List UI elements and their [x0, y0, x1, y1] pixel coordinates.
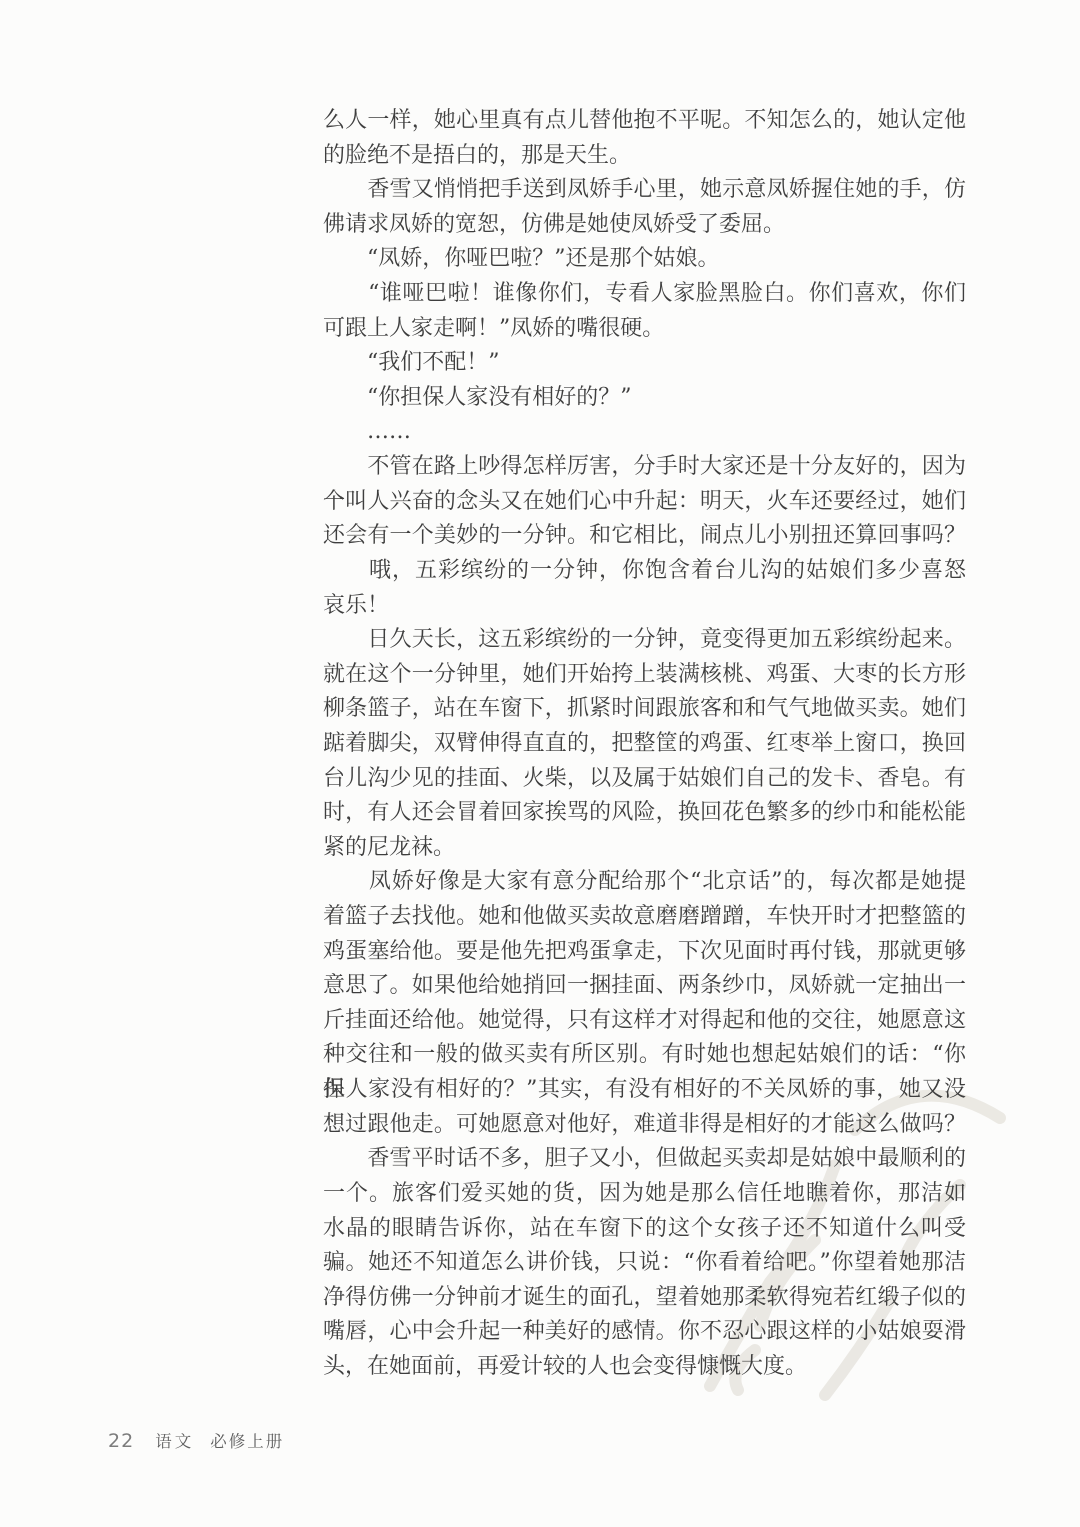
text-line: 意思了。如果他给她捎回一捆挂面、两条纱巾，凤娇就一定抽出一: [323, 969, 966, 1004]
text-line: 踮着脚尖，双臂伸得直直的，把整筐的鸡蛋、红枣举上窗口，换回: [323, 727, 966, 762]
text-line: 水晶的眼睛告诉你，站在车窗下的这个女孩子还不知道什么叫受: [323, 1212, 966, 1247]
text-line: 哀乐！: [323, 589, 966, 624]
text-line: 佛请求凤娇的宽恕，仿佛是她使凤娇受了委屈。: [323, 208, 966, 243]
text-line: 骗。她还不知道怎么讲价钱，只说：“你看着给吧。”你望着她那洁: [323, 1246, 966, 1281]
text-line: 台儿沟少见的挂面、火柴，以及属于姑娘们自己的发卡、香皂。有: [323, 762, 966, 797]
text-line: 个叫人兴奋的念头又在她们心中升起：明天，火车还要经过，她们: [323, 485, 966, 520]
text-line: 不管在路上吵得怎样厉害，分手时大家还是十分友好的，因为一: [323, 450, 966, 485]
text-line: 香雪平时话不多，胆子又小，但做起买卖却是姑娘中最顺利的: [323, 1142, 966, 1177]
text-line: 可跟上人家走啊！”凤娇的嘴很硬。: [323, 312, 966, 347]
text-line: 么人一样，她心里真有点儿替他抱不平呢。不知怎么的，她认定他: [323, 104, 966, 139]
footer: 22 语文 必修上册: [108, 1428, 284, 1452]
text-line: 头，在她面前，再爱计较的人也会变得慷慨大度。: [323, 1350, 966, 1385]
text-line: 想过跟他走。可她愿意对他好，难道非得是相好的才能这么做吗？: [323, 1108, 966, 1143]
text-line: 时，有人还会冒着回家挨骂的风险，换回花色繁多的纱巾和能松能: [323, 796, 966, 831]
text-line: 哦，五彩缤纷的一分钟，你饱含着台儿沟的姑娘们多少喜怒: [323, 554, 966, 589]
text-line: 鸡蛋塞给他。要是他先把鸡蛋拿走，下次见面时再付钱，那就更够: [323, 935, 966, 970]
text-line: 香雪又悄悄把手送到凤娇手心里，她示意凤娇握住她的手，仿: [323, 173, 966, 208]
footer-subject: 语文: [155, 1428, 194, 1452]
text-line: 嘴唇，心中会升起一种美好的感情。你不忍心跟这样的小姑娘耍滑: [323, 1315, 966, 1350]
text-line: 斤挂面还给他。她觉得，只有这样才对得起和他的交往，她愿意这: [323, 1004, 966, 1039]
text-line: 净得仿佛一分钟前才诞生的面孔，望着她那柔软得宛若红缎子似的: [323, 1281, 966, 1316]
text-line: “你担保人家没有相好的？”: [323, 381, 966, 416]
text-line: 一个。旅客们爱买她的货，因为她是那么信任地瞧着你，那洁如: [323, 1177, 966, 1212]
text-line: 柳条篮子，站在车窗下，抓紧时间跟旅客和和气气地做买卖。她们: [323, 692, 966, 727]
text-line: 日久天长，这五彩缤纷的一分钟，竟变得更加五彩缤纷起来。: [323, 623, 966, 658]
text-line: 的脸绝不是捂白的，那是天生。: [323, 139, 966, 174]
page-number: 22: [108, 1430, 134, 1452]
text-line: 种交往和一般的做买卖有所区别。有时她也想起姑娘们的话：“你担: [323, 1038, 966, 1073]
text-line: 着篮子去找他。她和他做买卖故意磨磨蹭蹭，车快开时才把整篮的: [323, 900, 966, 935]
text-line: 保人家没有相好的？”其实，有没有相好的不关凤娇的事，她又没: [323, 1073, 966, 1108]
text-line: 紧的尼龙袜。: [323, 831, 966, 866]
text-line: ……: [323, 415, 966, 450]
footer-volume: 必修上册: [210, 1428, 284, 1452]
text-line: “谁哑巴啦！谁像你们，专看人家脸黑脸白。你们喜欢，你们: [323, 277, 966, 312]
text-line: “凤娇，你哑巴啦？”还是那个姑娘。: [323, 242, 966, 277]
text-line: 就在这个一分钟里，她们开始挎上装满核桃、鸡蛋、大枣的长方形: [323, 658, 966, 693]
text-line: 凤娇好像是大家有意分配给那个“北京话”的，每次都是她提: [323, 865, 966, 900]
text-line: “我们不配！”: [323, 346, 966, 381]
text-line: 还会有一个美妙的一分钟。和它相比，闹点儿小别扭还算回事吗？: [323, 519, 966, 554]
textbook-page: 么人一样，她心里真有点儿替他抱不平呢。不知怎么的，她认定他的脸绝不是捂白的，那是…: [0, 0, 1080, 1527]
body-text: 么人一样，她心里真有点儿替他抱不平呢。不知怎么的，她认定他的脸绝不是捂白的，那是…: [323, 104, 966, 1385]
